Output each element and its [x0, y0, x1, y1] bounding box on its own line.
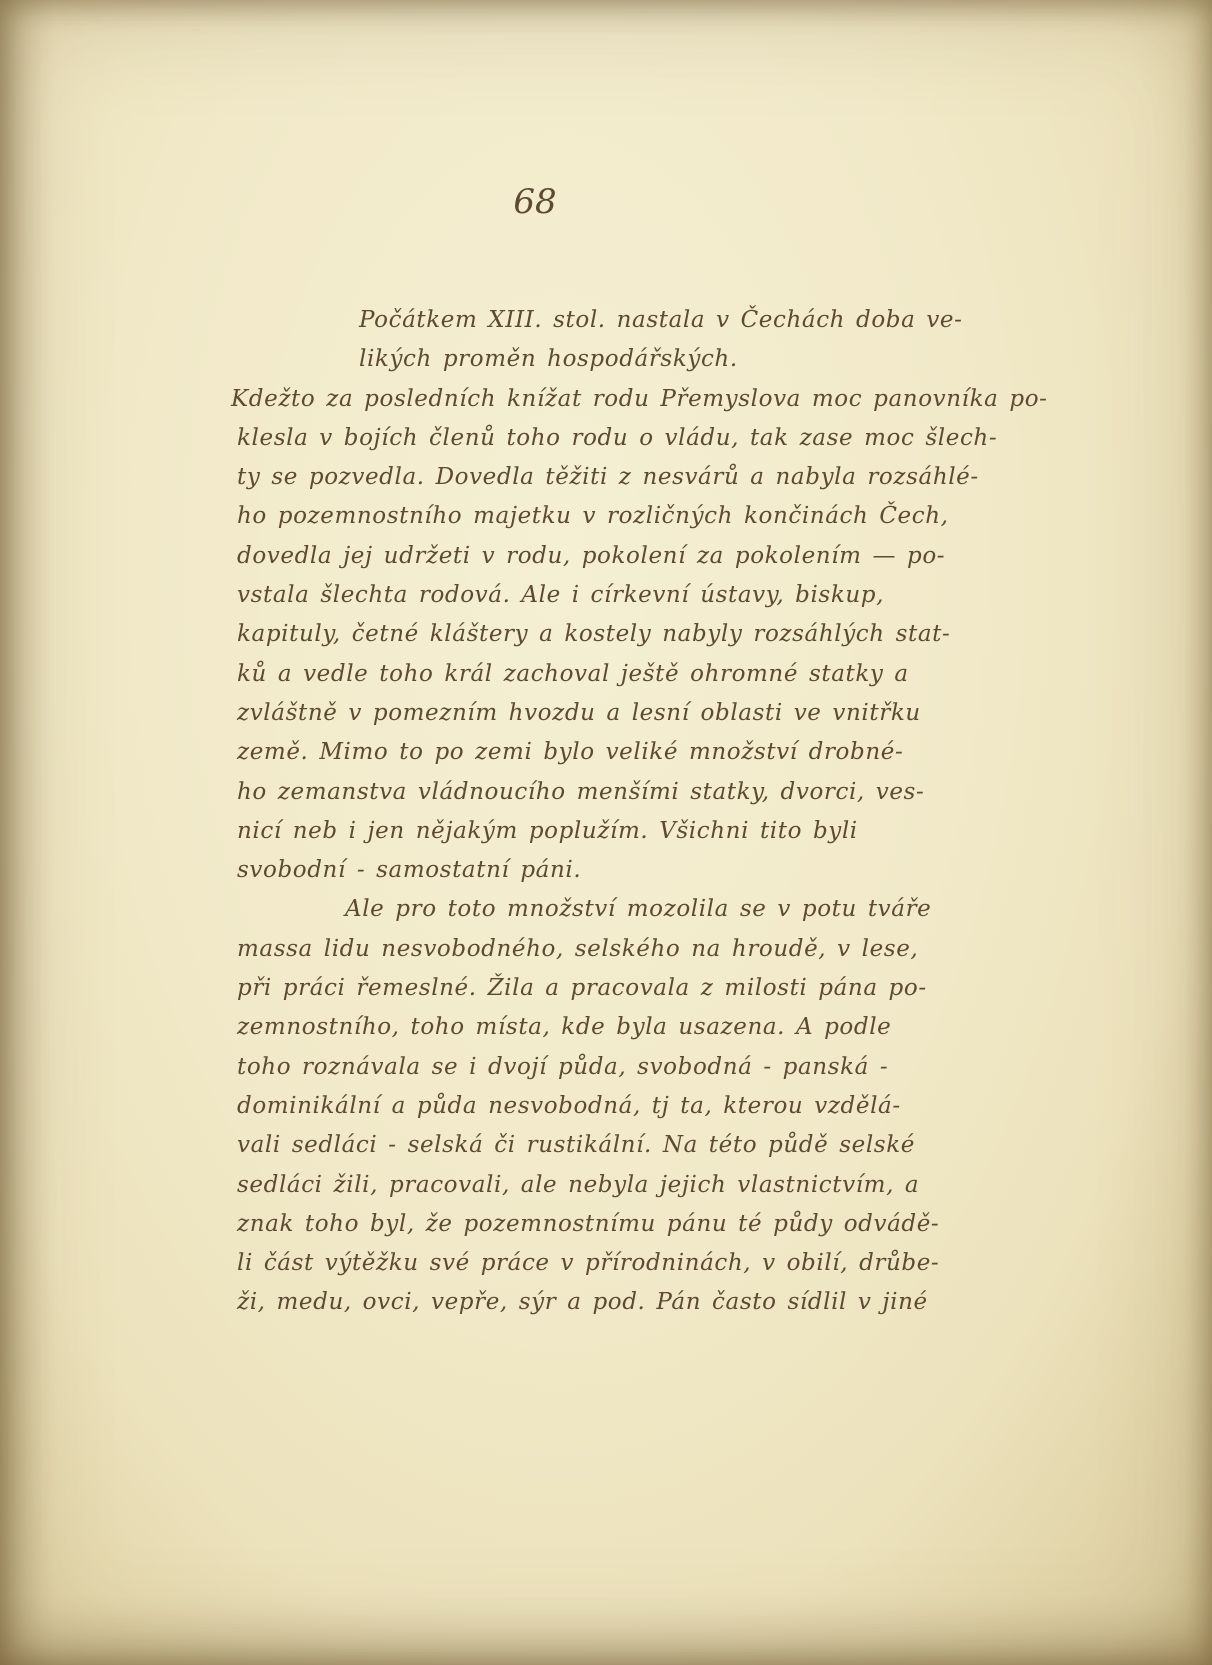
- heading-line: likých proměn hospodářských.: [237, 340, 947, 379]
- manuscript-line: toho roznávala se i dvojí půda, svobodná…: [237, 1048, 947, 1087]
- manuscript-line: nicí neb i jen nějakým poplužím. Všichni…: [237, 812, 947, 851]
- manuscript-line: ho pozemnostního majetku v rozličných ko…: [237, 497, 947, 536]
- heading-line: Počátkem XIII. stol. nastala v Čechách d…: [237, 301, 947, 340]
- manuscript-line: Ale pro toto množství mozolila se v potu…: [237, 890, 947, 929]
- manuscript-line: sedláci žili, pracovali, ale nebyla jeji…: [237, 1166, 947, 1205]
- manuscript-line: klesla v bojích členů toho rodu o vládu,…: [237, 419, 947, 458]
- manuscript-line: ži, medu, ovci, vepře, sýr a pod. Pán ča…: [237, 1283, 947, 1322]
- manuscript-line: zemnostního, toho místa, kde byla usazen…: [237, 1008, 947, 1047]
- manuscript-line: Kdežto za posledních knížat rodu Přemysl…: [231, 380, 947, 419]
- manuscript-line: ho zemanstva vládnoucího menšími statky,…: [237, 773, 947, 812]
- manuscript-line: vstala šlechta rodová. Ale i církevní ús…: [237, 576, 947, 615]
- manuscript-line: ků a vedle toho král zachoval ještě ohro…: [237, 655, 947, 694]
- manuscript-line: ty se pozvedla. Dovedla těžiti z nesvárů…: [237, 458, 947, 497]
- manuscript-line: kapituly, četné kláštery a kostely nabyl…: [237, 615, 947, 654]
- manuscript-line: vali sedláci - selská či rustikální. Na …: [237, 1126, 947, 1165]
- manuscript-line: dovedla jej udržeti v rodu, pokolení za …: [237, 537, 947, 576]
- manuscript-line: znak toho byl, že pozemnostnímu pánu té …: [237, 1205, 947, 1244]
- manuscript-line: li část výtěžku své práce v přírodninách…: [237, 1244, 947, 1283]
- manuscript-line: zvláštně v pomezním hvozdu a lesní oblas…: [237, 694, 947, 733]
- manuscript-line: země. Mimo to po zemi bylo veliké množst…: [237, 733, 947, 772]
- page-number: 68: [495, 182, 575, 222]
- handwritten-text-block: Počátkem XIII. stol. nastala v Čechách d…: [237, 301, 947, 1323]
- manuscript-line: svobodní - samostatní páni.: [237, 851, 947, 890]
- manuscript-line: massa lidu nesvobodného, selského na hro…: [237, 930, 947, 969]
- manuscript-line: při práci řemeslné. Žila a pracovala z m…: [237, 969, 947, 1008]
- manuscript-line: dominikální a půda nesvobodná, tj ta, kt…: [237, 1087, 947, 1126]
